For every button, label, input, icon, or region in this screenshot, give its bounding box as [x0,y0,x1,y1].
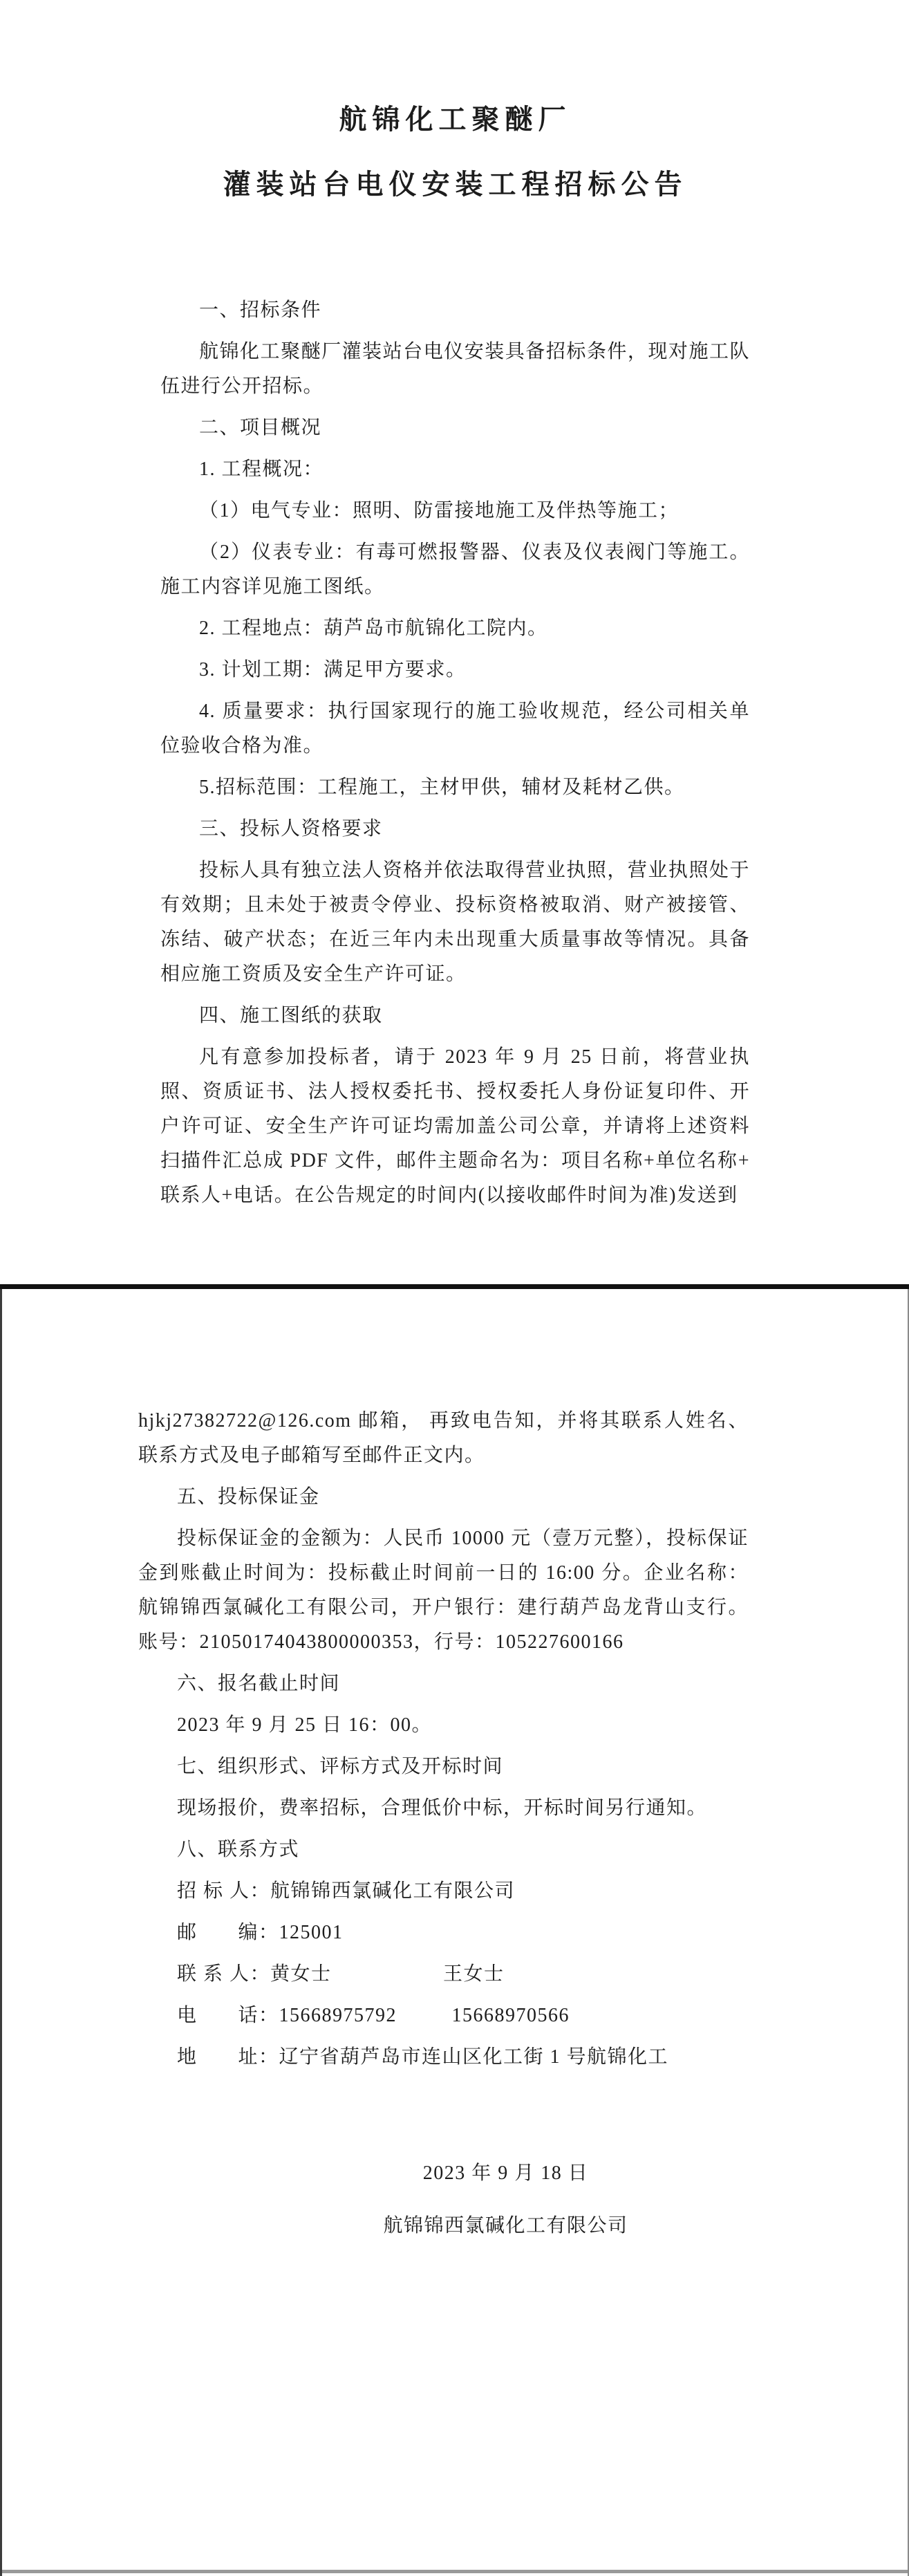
signature-block: 2023 年 9 月 18 日 航锦锦西氯碱化工有限公司 [138,2156,749,2243]
phone-row: 电 话：1566897579215668970566 [138,1999,749,2033]
tenderer-row: 招 标 人：航锦锦西氯碱化工有限公司 [138,1874,749,1909]
project-overview-item: 1. 工程概况： [160,452,750,487]
phone-label: 电 话： [177,2005,279,2026]
section-2-heading: 二、项目概况 [160,411,750,445]
page-2: hjkj27382722@126.com 邮箱， 再致电告知，并将其联系人姓名、… [0,1289,909,2576]
planned-duration-item: 3. 计划工期：满足甲方要求。 [160,653,750,687]
document-title-line-2: 灌装站台电仪安装工程招标公告 [160,170,750,199]
email-continuation-paragraph: hjkj27382722@126.com 邮箱， 再致电告知，并将其联系人姓名、… [138,1404,749,1473]
quality-requirement-item: 4. 质量要求：执行国家现行的施工验收规范，经公司相关单位验收合格为准。 [160,694,750,763]
phone-number-2: 15668970566 [452,2005,570,2026]
signature-company: 航锦锦西氯碱化工有限公司 [263,2209,749,2243]
section-4-heading: 四、施工图纸的获取 [160,999,750,1033]
contact-person-2: 王女士 [443,1963,505,1985]
electrical-specialty-item: （1）电气专业：照明、防雷接地施工及伴热等施工； [160,494,750,528]
evaluation-method-line: 现场报价，费率招标，合理低价中标，开标时间另行通知。 [138,1791,749,1826]
section-8-heading: 八、联系方式 [138,1833,749,1867]
section-5-heading: 五、投标保证金 [138,1480,749,1514]
page-bottom-edge-line [2,2570,908,2573]
page-1: 航锦化工聚醚厂 灌装站台电仪安装工程招标公告 一、招标条件 航锦化工聚醚厂灌装站… [0,0,909,1284]
tender-conditions-paragraph: 航锦化工聚醚厂灌装站台电仪安装具备招标条件，现对施工队伍进行公开招标。 [160,335,750,404]
bidder-qualification-paragraph: 投标人具有独立法人资格并依法取得营业执照，营业执照处于有效期；且未处于被责令停业… [160,853,750,992]
contact-person-row: 联 系 人：黄女士王女士 [138,1957,749,1992]
section-1-heading: 一、招标条件 [160,293,750,328]
page-separator-line [0,1284,909,1289]
tender-scope-item: 5.招标范围：工程施工，主材甲供，辅材及耗材乙供。 [160,770,750,805]
section-3-heading: 三、投标人资格要求 [160,812,750,846]
document-title-line-1: 航锦化工聚醚厂 [160,105,750,134]
phone-number-1: 15668975792 [279,1999,452,2033]
registration-deadline-line: 2023 年 9 月 25 日 16：00。 [138,1708,749,1743]
bid-deposit-paragraph: 投标保证金的金额为：人民币 10000 元（壹万元整），投标保证金到账截止时间为… [138,1521,749,1660]
instrument-specialty-item: （2）仪表专业：有毒可燃报警器、仪表及仪表阀门等施工。施工内容详见施工图纸。 [160,535,750,604]
drawing-acquisition-paragraph: 凡有意参加投标者，请于 2023 年 9 月 25 日前，将营业执照、资质证书、… [160,1040,750,1213]
contact-person-label: 联 系 人： [177,1963,270,1985]
section-6-heading: 六、报名截止时间 [138,1667,749,1701]
section-7-heading: 七、组织形式、评标方式及开标时间 [138,1750,749,1784]
address-row: 地 址：辽宁省葫芦岛市连山区化工街 1 号航锦化工 [138,2040,749,2075]
project-location-item: 2. 工程地点：葫芦岛市航锦化工院内。 [160,611,750,646]
announcement-date: 2023 年 9 月 18 日 [263,2156,749,2191]
postcode-row: 邮 编：125001 [138,1916,749,1950]
contact-person-1: 黄女士 [270,1957,443,1992]
